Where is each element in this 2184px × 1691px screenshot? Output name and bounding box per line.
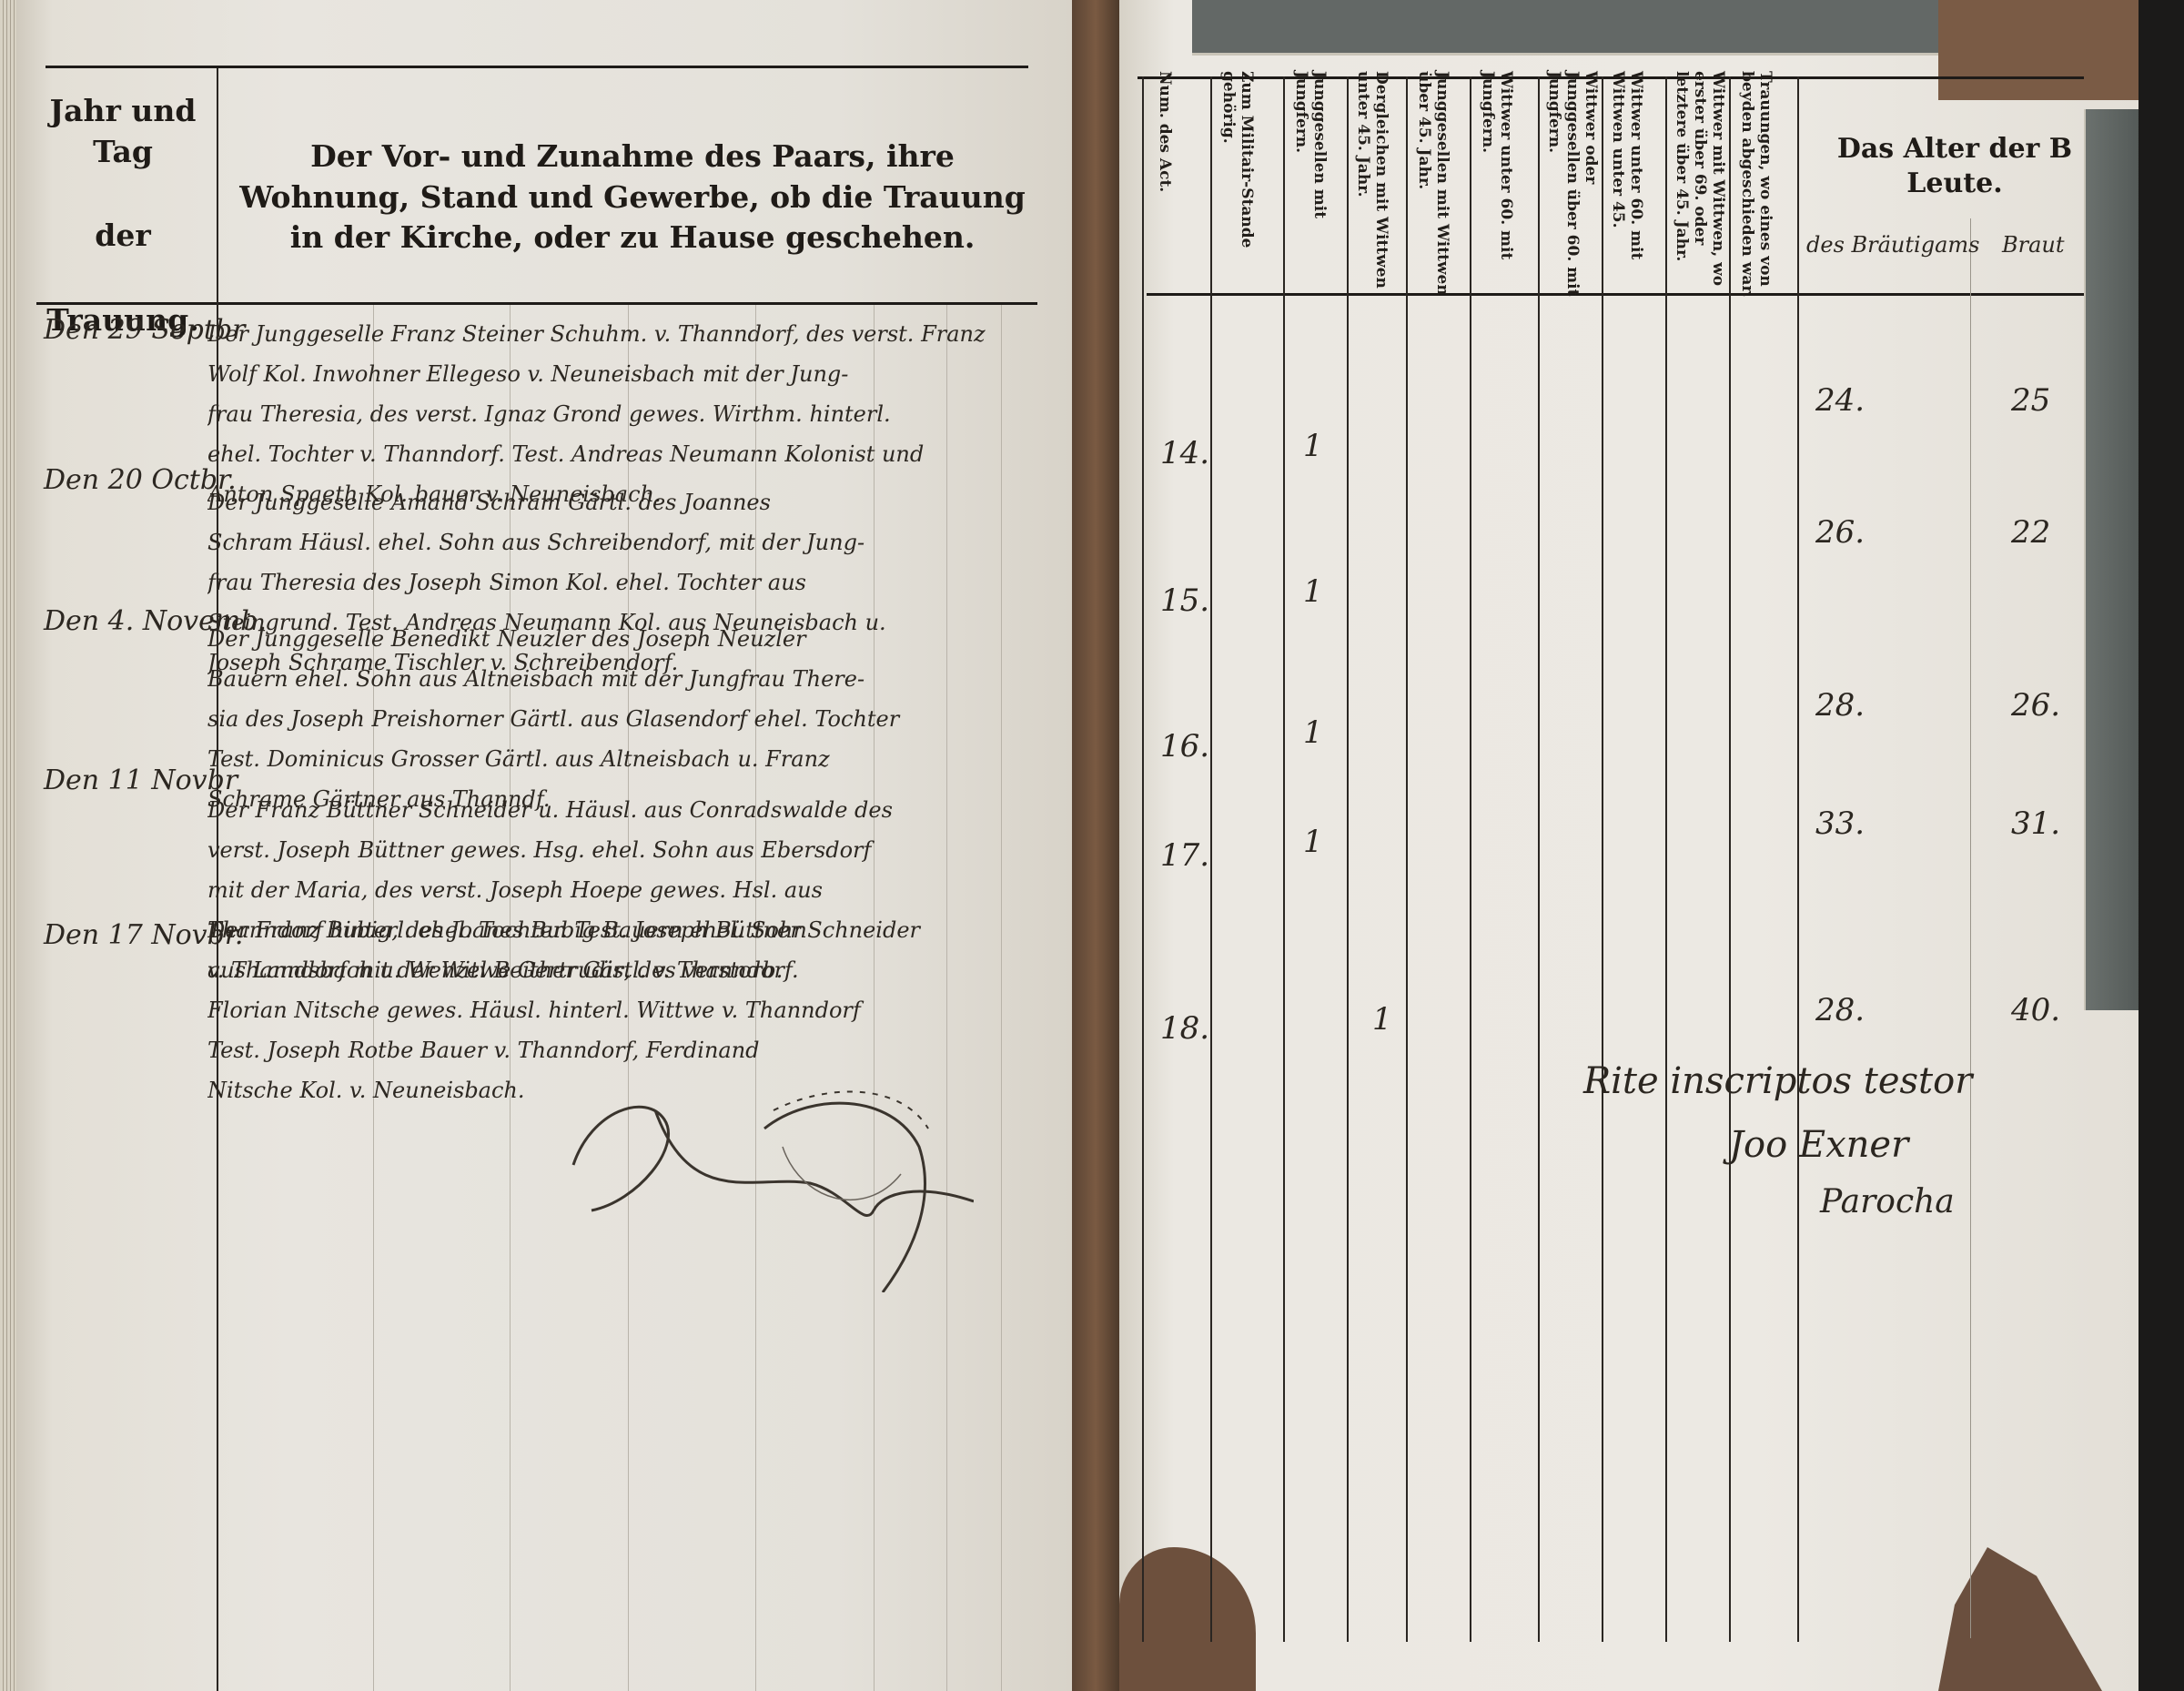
entry-line: Der Junggeselle Franz Steiner Schuhm. v.…	[207, 314, 1045, 354]
column-header-widowers-under60-maidens: Wittwer unter 60. mit Jungfern.	[1479, 71, 1515, 299]
column-header-military: Zum Militair-Stande gehörig.	[1219, 71, 1256, 299]
entry-line: v. Thanndorf mit der Witwe Gertrudis, de…	[207, 950, 1045, 990]
attestation-text: Rite inscriptos testor	[1583, 1060, 1972, 1102]
bride-age: 31.	[2011, 805, 2060, 842]
entry-line: Bauern ehel. Sohn aus Altneisbach mit de…	[207, 659, 1045, 699]
entry-line: frau Theresia, des verst. Ignaz Grond ge…	[207, 394, 1045, 434]
entry-line: Wolf Kol. Inwohner Ellegeso v. Neuneisba…	[207, 354, 1045, 394]
groom-age: 26.	[1815, 514, 1865, 551]
entry-line: Test. Joseph Rotbe Bauer v. Thanndorf, F…	[207, 1030, 1045, 1070]
entry-line: Schram Häusl. ehel. Sohn aus Schreibendo…	[207, 522, 1045, 562]
header-top-rule	[45, 66, 1028, 68]
names-column-header: Der Vor- und Zunahme des Paars, ihre Woh…	[237, 137, 1028, 258]
entry-line: Der Franz Bubig, des Joanes Bubig Bauern…	[207, 910, 1045, 950]
act-number: 15.	[1160, 582, 1209, 619]
header-line: Jahr und Tag	[36, 91, 209, 172]
act-number: 17.	[1160, 837, 1209, 874]
act-number: 14.	[1160, 435, 1209, 471]
age-header-line: Leute.	[1818, 167, 2091, 201]
age-column-header: Das Alter der B Leute.	[1818, 132, 2091, 201]
entry-line: Der Junggeselle Amand Schram Gärtl. des …	[207, 482, 1045, 522]
column-header-divorced: Trauungen, wo eines von beyden abgeschie…	[1738, 71, 1774, 299]
tally-mark: 1	[1303, 428, 1323, 464]
column-header-widowers-over60-maidens: Wittwer oder Junggesellen über 60. mit J…	[1545, 71, 1600, 299]
entry-line: mit der Maria, des verst. Joseph Hoepe g…	[207, 870, 1045, 910]
groom-age: 24.	[1815, 382, 1865, 419]
entry-text: Der Junggeselle Benedikt Neuzler des Jos…	[207, 619, 1045, 819]
column-header-bachelors-widows-over45: Junggesellen mit Wittwen über 45. Jahr.	[1415, 71, 1451, 299]
book-cover-edge	[2138, 0, 2184, 1691]
groom-age: 28.	[1815, 992, 1865, 1028]
tally-mark: 1	[1303, 714, 1323, 751]
bride-age: 26.	[2011, 687, 2060, 724]
groom-age: 33.	[1815, 805, 1865, 842]
entry-line: frau Theresia des Joseph Simon Kol. ehel…	[207, 562, 1045, 602]
entry-line: sia des Joseph Preishorner Gärtl. aus Gl…	[207, 699, 1045, 739]
entry-line: Der Junggeselle Benedikt Neuzler des Jos…	[207, 619, 1045, 659]
groom-age-label: des Bräutigams	[1806, 232, 1979, 258]
column-header-bachelors-maidens: Junggesellen mit Jungfern.	[1292, 71, 1329, 299]
act-number: 18.	[1160, 1010, 1209, 1047]
entry-line: ehel. Tochter v. Thanndorf. Test. Andrea…	[207, 434, 1045, 474]
entry-line: Test. Dominicus Grosser Gärtl. aus Altne…	[207, 739, 1045, 779]
marbled-cover-strip	[1192, 0, 1938, 56]
entry-line: verst. Joseph Büttner gewes. Hsg. ehel. …	[207, 830, 1045, 870]
tally-mark: 1	[1372, 1001, 1392, 1038]
bride-age-label: Braut	[2002, 232, 2065, 258]
pen-flourish-drawing	[555, 1074, 974, 1292]
age-header-line: Das Alter der B	[1818, 132, 2091, 167]
tally-mark: 1	[1303, 824, 1323, 860]
tally-mark: 1	[1303, 573, 1323, 610]
act-number: 16.	[1160, 728, 1209, 764]
column-header-bachelors-widows-under45: Dergleichen mit Wittwen unter 45. Jahr.	[1354, 71, 1390, 299]
binding-corner	[1938, 0, 2138, 100]
column-header-widowers-widows: Wittwer unter 60. mit Wittwen unter 45.	[1609, 71, 1645, 299]
entry-line: Der Franz Büttner Schneider u. Häusl. au…	[207, 790, 1045, 830]
book-spine	[1072, 0, 1119, 1691]
bride-age: 40.	[2011, 992, 2060, 1028]
priest-signature: Joo Exner	[1729, 1124, 1908, 1166]
entry-line: Florian Nitsche gewes. Häusl. hinterl. W…	[207, 990, 1045, 1030]
page-edges	[0, 0, 16, 1691]
header-line: der	[36, 216, 209, 257]
bride-age: 25	[2011, 382, 2050, 419]
column-header-act-number: Num. des Act.	[1156, 71, 1174, 299]
column-header-widowers-widows-over: Wittwer mit Wittwen, wo erster über 69. …	[1673, 71, 1727, 299]
bride-age: 22	[2011, 514, 2050, 551]
groom-age: 28.	[1815, 687, 1865, 724]
priest-title: Parocha	[1820, 1183, 1955, 1220]
open-register-book: Jahr und Tag der Trauung. Der Vor- und Z…	[0, 0, 2184, 1691]
